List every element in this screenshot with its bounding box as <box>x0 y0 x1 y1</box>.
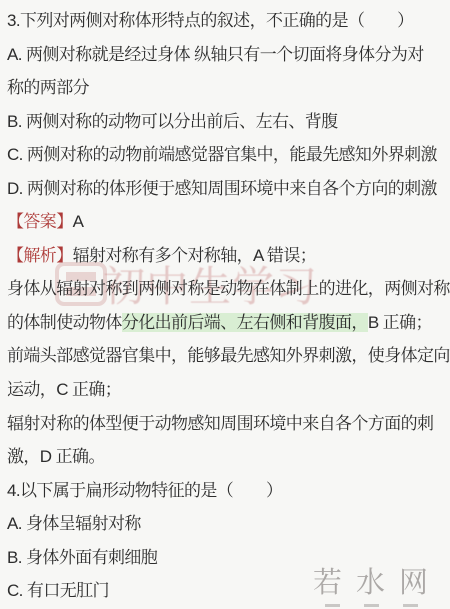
text-segment: D. 两侧对称的体形便于感知周围环境中来自各个方向的刺激 <box>7 179 437 198</box>
text-line-analysis-body: 运动，C 正确； <box>7 373 450 407</box>
text-segment: 身体从辐射对称到两侧对称是动物在体制上的进化，两侧对称 <box>7 279 450 298</box>
text-segment: 称的两部分 <box>7 78 89 97</box>
text-line-question-stem: 3.下列对两侧对称体形特点的叙述，不正确的是（ ） <box>7 4 450 38</box>
text-line-option: C. 两侧对称的动物前端感觉器官集中，能最先感知外界刺激 <box>7 138 450 172</box>
text-segment: B 正确； <box>368 313 432 332</box>
text-line-analysis-body: 的体制使动物体分化出前后端、左右侧和背腹面，B 正确； <box>7 306 450 340</box>
text-line-answer: 【答案】A <box>7 205 450 239</box>
text-segment: 前端头部感觉器官集中，能够最先感知外界刺激，使身体定向 <box>7 346 450 365</box>
text-line-option: A. 身体呈辐射对称 <box>7 507 450 541</box>
document-text: 3.下列对两侧对称体形特点的叙述，不正确的是（ ）A. 两侧对称就是经过身体 纵… <box>0 0 450 609</box>
text-line-analysis-body: 辐射对称的体型便于动物感知周围环境中来自各个方面的刺 <box>7 407 450 441</box>
text-segment: 4.以下属于扁形动物特征的是（ ） <box>7 481 282 500</box>
exam-worksheet-page: 初中生学习 3.下列对两侧对称体形特点的叙述，不正确的是（ ）A. 两侧对称就是… <box>0 0 450 609</box>
text-line-analysis-body: 身体从辐射对称到两侧对称是动物在体制上的进化，两侧对称 <box>7 272 450 306</box>
text-line-option: B. 两侧对称的动物可以分出前后、左右、背腹 <box>7 105 450 139</box>
text-segment: B. 两侧对称的动物可以分出前后、左右、背腹 <box>7 112 338 131</box>
text-segment: 辐射对称的体型便于动物感知周围环境中来自各个方面的刺 <box>7 414 433 433</box>
text-segment: 【答案】 <box>7 212 73 231</box>
text-line-option: C. 有口无肛门 <box>7 574 450 608</box>
text-line-analysis: 【解析】辐射对称有多个对称轴，A 错误； <box>7 239 450 273</box>
text-segment: 的体制使动物体 <box>7 313 122 332</box>
text-segment: 【解析】 <box>7 246 73 265</box>
text-segment: 分化出前后端、左右侧和背腹面， <box>122 313 368 332</box>
text-segment: 辐射对称有多个对称轴，A 错误； <box>73 246 317 265</box>
text-line-option: B. 身体外面有刺细胞 <box>7 541 450 575</box>
text-segment: C. 有口无肛门 <box>7 581 109 600</box>
text-line-analysis-body: 激，D 正确。 <box>7 440 450 474</box>
text-segment: 3.下列对两侧对称体形特点的叙述，不正确的是（ ） <box>7 11 414 30</box>
text-segment: A. 身体呈辐射对称 <box>7 514 141 533</box>
text-line-option: D. 两侧对称的体形便于感知周围环境中来自各个方向的刺激 <box>7 172 450 206</box>
text-segment: 激，D 正确。 <box>7 447 105 466</box>
text-line-option-wrap: 称的两部分 <box>7 71 450 105</box>
text-segment: A. 两侧对称就是经过身体 纵轴只有一个切面将身体分为对 <box>7 45 424 64</box>
text-line-analysis-body: 前端头部感觉器官集中，能够最先感知外界刺激，使身体定向 <box>7 339 450 373</box>
text-segment: A <box>73 212 84 231</box>
text-segment: 运动，C 正确； <box>7 380 121 399</box>
text-line-question-stem: 4.以下属于扁形动物特征的是（ ） <box>7 474 450 508</box>
text-line-option: A. 两侧对称就是经过身体 纵轴只有一个切面将身体分为对 <box>7 38 450 72</box>
text-segment: C. 两侧对称的动物前端感觉器官集中，能最先感知外界刺激 <box>7 145 437 164</box>
text-segment: B. 身体外面有刺细胞 <box>7 548 157 567</box>
